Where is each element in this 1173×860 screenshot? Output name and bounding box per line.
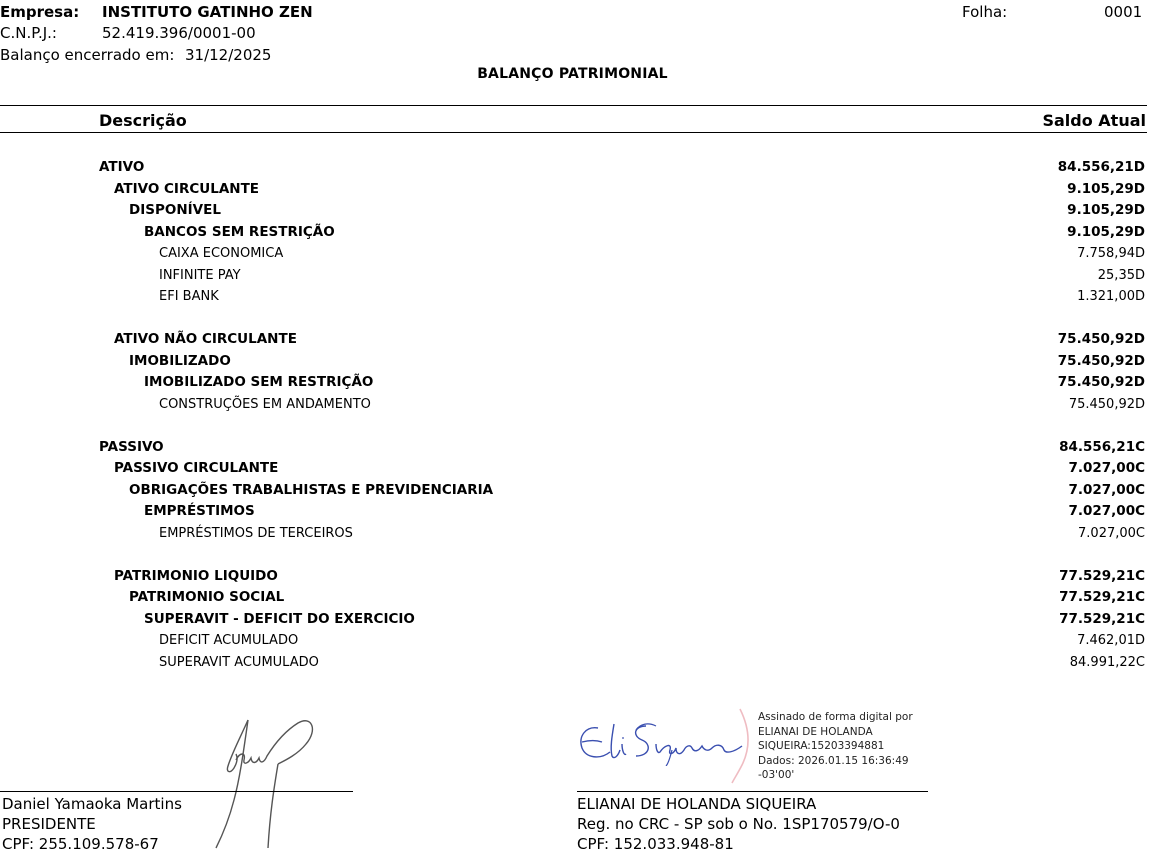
account-balance: 1.321,00D <box>1077 286 1145 308</box>
account-balance: 7.027,00C <box>1068 501 1145 523</box>
account-description: ATIVO <box>99 157 144 179</box>
balance-sheet-table: ATIVO84.556,21DATIVO CIRCULANTE9.105,29D… <box>0 157 1147 673</box>
page-title: BALANÇO PATRIMONIAL <box>0 66 1145 82</box>
digital-signature-line: SIQUEIRA:15203394881 <box>758 739 913 754</box>
digital-signature-stamp: Assinado de forma digital por ELIANAI DE… <box>758 710 913 783</box>
account-description: SUPERAVIT ACUMULADO <box>159 652 319 674</box>
account-balance: 9.105,29D <box>1067 222 1145 244</box>
account-row: SUPERAVIT ACUMULADO84.991,22C <box>0 652 1147 674</box>
account-description: DISPONÍVEL <box>129 200 221 222</box>
account-group-row: ATIVO NÃO CIRCULANTE75.450,92D <box>0 329 1147 351</box>
account-balance: 77.529,21C <box>1059 566 1145 588</box>
account-description: SUPERAVIT - DEFICIT DO EXERCICIO <box>144 609 415 631</box>
account-group-row: PATRIMONIO LIQUIDO77.529,21C <box>0 566 1147 588</box>
accountant-name: ELIANAI DE HOLANDA SIQUEIRA <box>577 794 816 814</box>
column-header-description: Descrição <box>99 111 187 131</box>
account-description: IMOBILIZADO <box>129 351 231 373</box>
account-balance: 77.529,21C <box>1059 587 1145 609</box>
account-balance: 7.027,00C <box>1078 523 1145 545</box>
company-name: INSTITUTO GATINHO ZEN <box>102 2 313 22</box>
account-group-row: PASSIVO84.556,21C <box>0 437 1147 459</box>
account-row: CAIXA ECONOMICA7.758,94D <box>0 243 1147 265</box>
digital-signature-line: -03'00' <box>758 768 913 783</box>
row-spacer <box>0 544 1147 566</box>
account-description: IMOBILIZADO SEM RESTRIÇÃO <box>144 372 373 394</box>
accountant-registration: Reg. no CRC - SP sob o No. 1SP170579/O-0 <box>577 814 900 834</box>
account-group-row: PATRIMONIO SOCIAL77.529,21C <box>0 587 1147 609</box>
account-row: CONSTRUÇÕES EM ANDAMENTO75.450,92D <box>0 394 1147 416</box>
account-row: DEFICIT ACUMULADO7.462,01D <box>0 630 1147 652</box>
account-balance: 9.105,29D <box>1067 179 1145 201</box>
column-header-balance: Saldo Atual <box>1042 111 1146 131</box>
account-balance: 75.450,92D <box>1058 372 1145 394</box>
account-balance: 84.991,22C <box>1070 652 1145 674</box>
account-group-row: IMOBILIZADO75.450,92D <box>0 351 1147 373</box>
president-name: Daniel Yamaoka Martins <box>2 794 182 814</box>
account-group-row: ATIVO84.556,21D <box>0 157 1147 179</box>
digital-signature-line: Assinado de forma digital por <box>758 710 913 725</box>
president-cpf: CPF: 255.109.578-67 <box>2 834 159 854</box>
digital-signature-line: Dados: 2026.01.15 16:36:49 <box>758 754 913 769</box>
account-row: EFI BANK1.321,00D <box>0 286 1147 308</box>
account-balance: 77.529,21C <box>1059 609 1145 631</box>
account-description: EMPRÉSTIMOS <box>144 501 255 523</box>
account-description: PASSIVO <box>99 437 164 459</box>
account-group-row: IMOBILIZADO SEM RESTRIÇÃO75.450,92D <box>0 372 1147 394</box>
account-group-row: SUPERAVIT - DEFICIT DO EXERCICIO77.529,2… <box>0 609 1147 631</box>
cnpj-value: 52.419.396/0001-00 <box>102 23 256 43</box>
account-group-row: OBRIGAÇÕES TRABALHISTAS E PREVIDENCIARIA… <box>0 480 1147 502</box>
accountant-handwritten-signature <box>576 716 746 766</box>
header-bottom-rule <box>0 132 1147 133</box>
account-group-row: ATIVO CIRCULANTE9.105,29D <box>0 179 1147 201</box>
president-handwritten-signature <box>210 708 330 853</box>
account-balance: 75.450,92D <box>1058 351 1145 373</box>
cnpj-label: C.N.P.J.: <box>0 23 57 43</box>
closing-date-value: 31/12/2025 <box>185 45 271 65</box>
account-row: INFINITE PAY25,35D <box>0 265 1147 287</box>
company-label: Empresa: <box>0 2 79 22</box>
row-spacer <box>0 415 1147 437</box>
account-balance: 9.105,29D <box>1067 200 1145 222</box>
account-group-row: PASSIVO CIRCULANTE7.027,00C <box>0 458 1147 480</box>
account-description: ATIVO CIRCULANTE <box>114 179 259 201</box>
account-balance: 84.556,21C <box>1059 437 1145 459</box>
header-top-rule <box>0 105 1147 106</box>
account-group-row: DISPONÍVEL9.105,29D <box>0 200 1147 222</box>
account-description: ATIVO NÃO CIRCULANTE <box>114 329 297 351</box>
account-balance: 75.450,92D <box>1069 394 1145 416</box>
account-description: EMPRÉSTIMOS DE TERCEIROS <box>159 523 353 545</box>
sheet-number: 0001 <box>1104 2 1142 22</box>
account-balance: 25,35D <box>1098 265 1145 287</box>
account-description: CONSTRUÇÕES EM ANDAMENTO <box>159 394 371 416</box>
sheet-label: Folha: <box>962 2 1007 22</box>
account-description: PASSIVO CIRCULANTE <box>114 458 278 480</box>
digital-signature-line: ELIANAI DE HOLANDA <box>758 725 913 740</box>
account-description: INFINITE PAY <box>159 265 241 287</box>
accountant-signature-line <box>577 791 928 792</box>
account-balance: 7.758,94D <box>1077 243 1145 265</box>
account-description: PATRIMONIO SOCIAL <box>129 587 284 609</box>
account-description: PATRIMONIO LIQUIDO <box>114 566 278 588</box>
president-signature-line <box>0 791 353 792</box>
accountant-cpf: CPF: 152.033.948-81 <box>577 834 734 854</box>
account-description: BANCOS SEM RESTRIÇÃO <box>144 222 335 244</box>
row-spacer <box>0 308 1147 330</box>
account-balance: 7.462,01D <box>1077 630 1145 652</box>
account-row: EMPRÉSTIMOS DE TERCEIROS7.027,00C <box>0 523 1147 545</box>
account-group-row: BANCOS SEM RESTRIÇÃO9.105,29D <box>0 222 1147 244</box>
closing-date-label: Balanço encerrado em: <box>0 45 174 65</box>
account-balance: 7.027,00C <box>1068 480 1145 502</box>
account-description: OBRIGAÇÕES TRABALHISTAS E PREVIDENCIARIA <box>129 480 493 502</box>
account-group-row: EMPRÉSTIMOS7.027,00C <box>0 501 1147 523</box>
account-description: CAIXA ECONOMICA <box>159 243 283 265</box>
account-description: EFI BANK <box>159 286 219 308</box>
account-description: DEFICIT ACUMULADO <box>159 630 298 652</box>
account-balance: 7.027,00C <box>1068 458 1145 480</box>
president-role: PRESIDENTE <box>2 814 96 834</box>
account-balance: 75.450,92D <box>1058 329 1145 351</box>
account-balance: 84.556,21D <box>1058 157 1145 179</box>
